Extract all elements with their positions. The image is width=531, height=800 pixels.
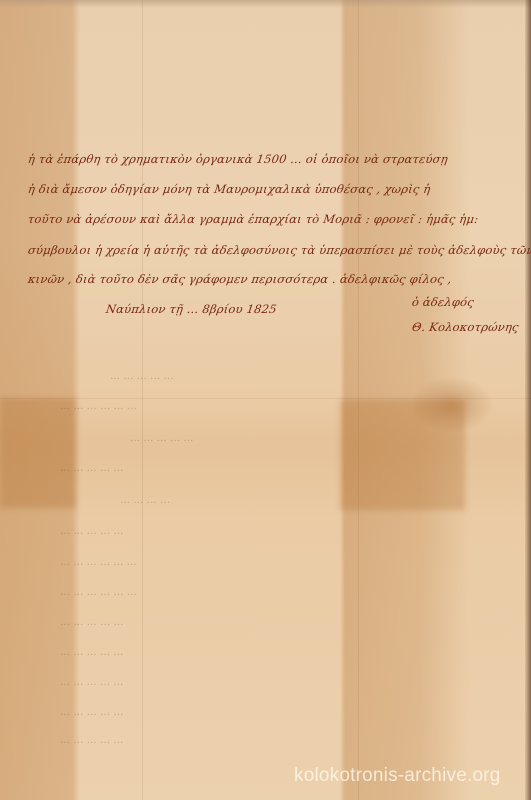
bleed-through-text: ... ... ... ...: [120, 494, 170, 506]
bleed-through-text: ... ... ... ... ...: [60, 525, 123, 537]
date-line: Ναύπλιον τῇ ... 8βρίου 1825: [105, 302, 278, 316]
bleed-through-text: ... ... ... ... ...: [60, 676, 123, 688]
fold-crease: [358, 0, 359, 800]
archive-watermark: kolokotronis-archive.org: [294, 765, 501, 787]
bleed-through-text: ... ... ... ... ... ...: [60, 556, 137, 568]
bleed-through-text: ... ... ... ... ...: [60, 616, 123, 628]
paper-top-edge: [0, 0, 531, 8]
letter-line: ἡ διὰ ἄμεσον ὁδηγίαν μόνη τὰ Μαυρομιχαλι…: [27, 182, 432, 196]
letter-line: τοῦτο νὰ ἀρέσουν καὶ ἄλλα γραμμὰ ἐπαρχία…: [27, 212, 479, 226]
signature-name: Θ. Κολοκοτρώνης: [411, 320, 520, 334]
letter-line: σύμβουλοι ἡ χρεία ἡ αὐτῆς τὰ ἀδελφοσύνοι…: [27, 243, 531, 257]
bleed-through-text: ... ... ... ... ...: [110, 370, 173, 382]
letter-line: κινῶν , διὰ τοῦτο δὲν σᾶς γράφομεν περισ…: [27, 272, 453, 286]
fold-crease: [142, 0, 143, 800]
bleed-through-text: ... ... ... ... ...: [130, 432, 193, 444]
bleed-through-text: ... ... ... ... ... ...: [60, 586, 137, 598]
signature-line-1: ὁ ἀδελφός: [411, 295, 475, 309]
water-stain-left: [0, 398, 76, 508]
bleed-through-text: ... ... ... ... ...: [60, 706, 123, 718]
letter-line: ἡ τὰ ἐπάρθη τὸ χρηματικὸν ὀργανικὰ 1500 …: [27, 152, 449, 166]
fold-crease: [0, 398, 531, 399]
bleed-through-text: ... ... ... ... ... ...: [60, 400, 137, 412]
bleed-through-text: ... ... ... ... ...: [60, 462, 123, 474]
bleed-through-text: ... ... ... ... ...: [60, 646, 123, 658]
bleed-through-text: ... ... ... ... ...: [60, 734, 123, 746]
paper-right-edge: [525, 0, 531, 800]
